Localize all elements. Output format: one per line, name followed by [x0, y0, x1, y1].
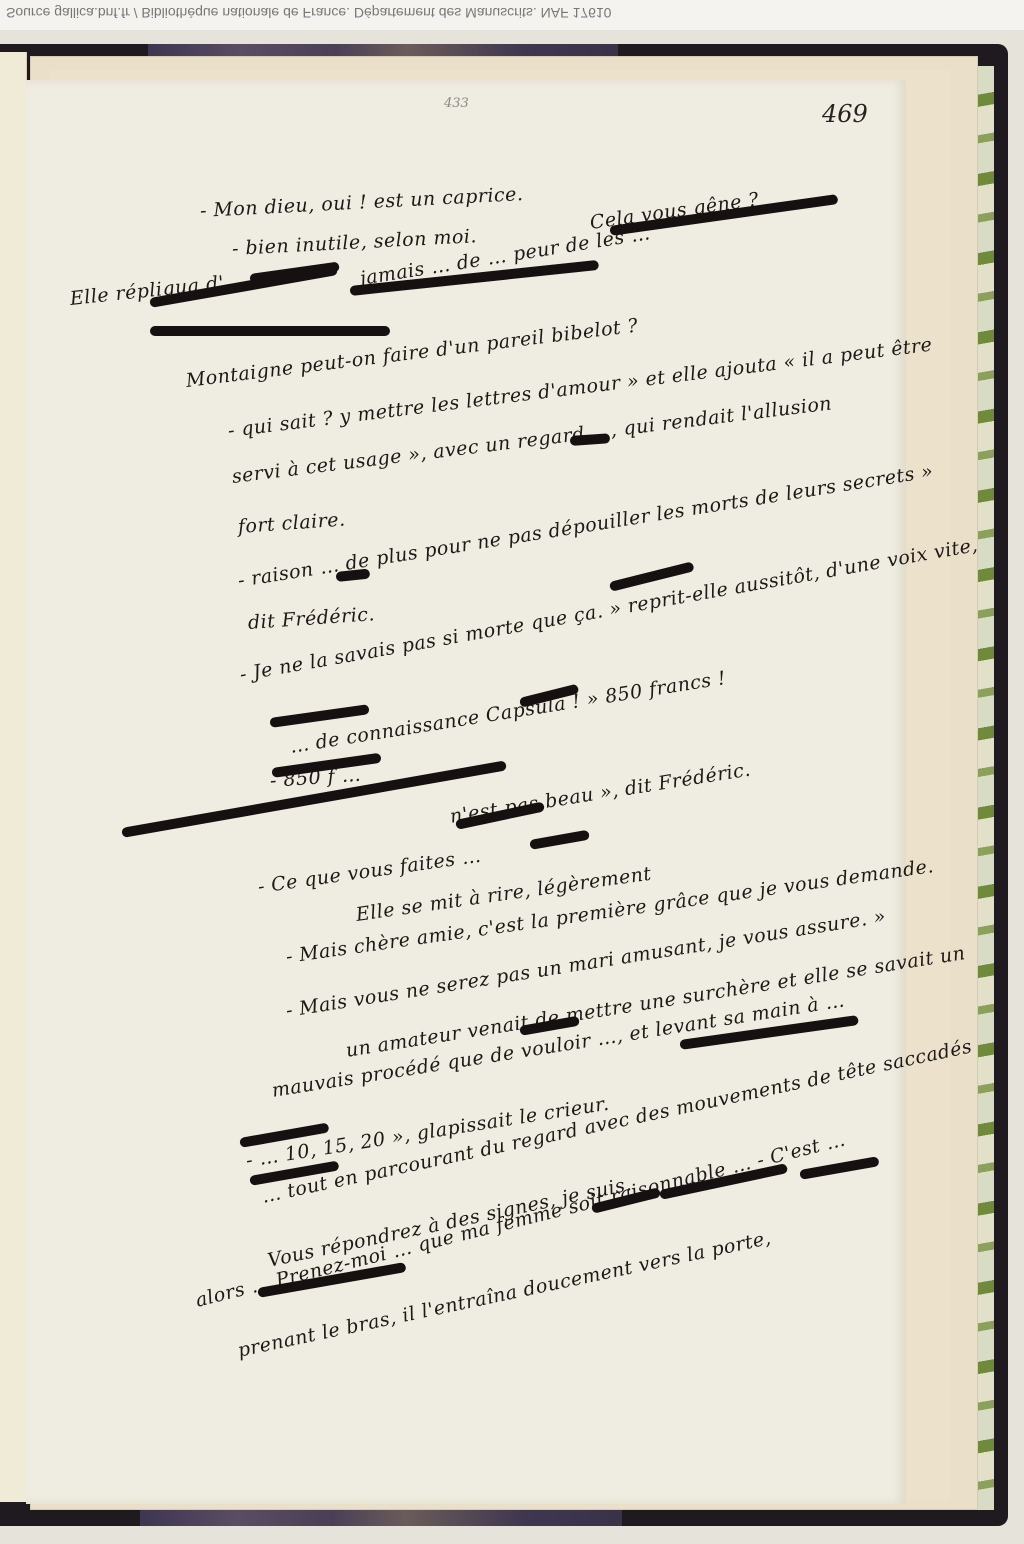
source-attribution: Source gallica.bnf.fr / Bibliothèque nat…: [6, 5, 611, 21]
folio-number-ink: 469: [822, 100, 868, 128]
source-header: Source gallica.bnf.fr / Bibliothèque nat…: [0, 0, 1024, 30]
facing-page-edge: [0, 52, 27, 1502]
cover-marble-strip-bottom: [140, 1508, 622, 1526]
ink-strikethrough: [150, 326, 390, 336]
folio-number-pencil: 433: [444, 96, 469, 111]
